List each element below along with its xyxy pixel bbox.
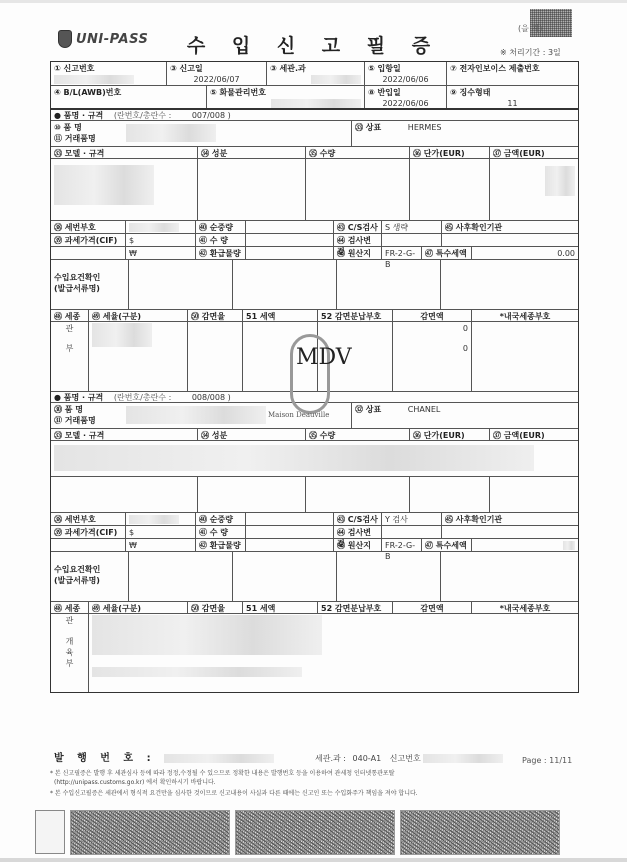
declaration-date-field: ③ 신고일 2022/06/07 bbox=[167, 62, 267, 85]
tax-type-header: ㊽ 세종 bbox=[51, 602, 89, 613]
usd-symbol: $ bbox=[126, 526, 196, 538]
item-section-header: ● 품명 · 규격 (란번호/총란수 : 008/008 ) bbox=[51, 392, 578, 403]
bl-number-field: ④ B/L(AWB)번호 bbox=[51, 86, 207, 108]
barcode-strip bbox=[35, 810, 560, 855]
cargo-number-field: ⑤ 화물관리번호 bbox=[207, 86, 365, 108]
carry-in-date-field: ⑧ 반입일 2022/06/06 bbox=[365, 86, 447, 108]
qty-label: ㊶ 수 량 bbox=[196, 234, 246, 246]
footer-note-link: (http://unipass.customs.go.kr) 에서 확인하시기 … bbox=[54, 777, 216, 786]
reduction-code-header: 52 감면분납부호 bbox=[318, 310, 393, 321]
declaration-form: ① 신고번호 ③ 신고일 2022/06/07 ③ 세관.과 ⑤ 입항일 202… bbox=[50, 61, 579, 693]
brand-field: ㉝ 상표 HERMES bbox=[352, 121, 578, 146]
tax-type-header: ㊽ 세종 bbox=[51, 310, 89, 321]
taxable-price-label: ㊴ 과세가격(CIF) bbox=[51, 234, 126, 246]
collection-type-field: ⑨ 징수형태 11 bbox=[447, 86, 578, 108]
entry-date-field: ⑤ 입항일 2022/06/06 bbox=[365, 62, 447, 85]
origin-label: ㊻ 원산지 bbox=[334, 539, 382, 551]
cs-check-label: ㊸ C/S검사 bbox=[334, 513, 382, 525]
post-check-label: ㊺ 사후확인기관 bbox=[442, 513, 578, 525]
item-name-field: ⑩ 품 명 ⑪ 거래품명 bbox=[51, 121, 352, 146]
tax-rows: 관 개 육 부 bbox=[51, 614, 578, 692]
special-tax-label: ㊼ 특수세액 bbox=[422, 247, 472, 259]
issue-number: 발 행 번 호 : bbox=[54, 749, 274, 764]
quantity-header: ㉟ 수량 bbox=[306, 147, 410, 158]
e-invoice-field: ⑦ 전자인보이스 제출번호 bbox=[447, 62, 578, 85]
refund-qty-label: ㊷ 환급물량 bbox=[196, 539, 246, 551]
tax-amount-header: 51 세액 bbox=[243, 310, 318, 321]
model-header: ㉝ 모델 · 규격 bbox=[51, 147, 198, 158]
unit-price-header: ㊱ 단가(EUR) bbox=[410, 147, 490, 158]
hs-code-label: ㊳ 세번부호 bbox=[51, 221, 126, 233]
cs-check-label: ㊸ C/S검사 bbox=[334, 221, 382, 233]
cs-check-value: Y 검사 bbox=[382, 513, 442, 525]
model-header: ㉝ 모델 · 규격 bbox=[51, 429, 198, 440]
reduction-amount-header: 감면액 bbox=[393, 310, 472, 321]
special-tax-value bbox=[472, 539, 578, 551]
reduction-code-header: 52 감면분납부호 bbox=[318, 602, 393, 613]
brand-field: ㉜ 상표 CHANEL bbox=[352, 403, 578, 428]
check-change-label: ㊹ 검사변경 bbox=[334, 234, 382, 246]
processing-period: ※ 처리기간 : 3일 bbox=[500, 47, 561, 58]
origin-label: ㊻ 원산지 bbox=[334, 247, 382, 259]
amount-header: ㊲ 금액(EUR) bbox=[490, 429, 578, 440]
barcode-stub bbox=[35, 810, 65, 854]
footer-note: * 본 수입신고필증은 세관에서 형식적 요건만을 심사한 것이므로 신고내용이… bbox=[50, 788, 418, 797]
net-weight-label: ㊵ 순중량 bbox=[196, 221, 246, 233]
model-rows bbox=[51, 159, 578, 221]
tax-rate-header: ㊾ 세율(구분) bbox=[89, 310, 188, 321]
component-header: ㉞ 성분 bbox=[198, 147, 306, 158]
post-check-label: ㊺ 사후확인기관 bbox=[442, 221, 578, 233]
unit-price-header: ㊱ 단가(EUR) bbox=[410, 429, 490, 440]
requirement-label: 수입요건확인 (발급서류명) bbox=[51, 552, 129, 601]
model-rows bbox=[51, 441, 578, 477]
check-change-label: ㊹ 검사변경 bbox=[334, 526, 382, 538]
tax-rows: 관 부 0 0 bbox=[51, 322, 578, 392]
2d-barcode bbox=[235, 810, 395, 855]
taxable-price-label: ㊴ 과세가격(CIF) bbox=[51, 526, 126, 538]
item-section-header: ● 품명 · 규격 (란번호/총란수 : 007/008 ) bbox=[51, 110, 578, 121]
declaration-number-field: ① 신고번호 bbox=[51, 62, 167, 85]
2d-barcode bbox=[400, 810, 560, 855]
tax-amount-header: 51 세액 bbox=[243, 602, 318, 613]
net-weight-label: ㊵ 순중량 bbox=[196, 513, 246, 525]
page-number: Page : 11/11 bbox=[522, 756, 572, 765]
component-header: ㉞ 성분 bbox=[198, 429, 306, 440]
origin-value: FR-2-G-B bbox=[382, 539, 422, 551]
quantity-header: ㉟ 수량 bbox=[306, 429, 410, 440]
special-tax-label: ㊼ 특수세액 bbox=[422, 539, 472, 551]
refund-qty-label: ㊷ 환급물량 bbox=[196, 247, 246, 259]
reduction-rate-header: ㊿ 감면율 bbox=[188, 602, 243, 613]
requirement-label: 수입요건확인 (발급서류명) bbox=[51, 260, 129, 309]
usd-symbol: $ bbox=[126, 234, 196, 246]
watermark-caption: Maison Deauville bbox=[268, 411, 329, 419]
tax-rate-header: ㊾ 세율(구분) bbox=[89, 602, 188, 613]
cs-check-value: S 생략 bbox=[382, 221, 442, 233]
customs-office-field: ③ 세관.과 bbox=[267, 62, 365, 85]
reduction-amount-header: 감면액 bbox=[393, 602, 472, 613]
footer-note: * 본 신고필증은 발행 후 세관심사 등에 따라 정정,수정될 수 있으므로 … bbox=[50, 768, 395, 777]
import-declaration-certificate: UNI-PASS 수 입 신 고 필 증 (을 지) ※ 처리기간 : 3일 ①… bbox=[0, 0, 627, 862]
krw-symbol: ₩ bbox=[126, 539, 196, 551]
domestic-tax-header: *내국세종부호 bbox=[472, 310, 578, 321]
footer-customs-info: 세관.과 : 040-A1 신고번호 bbox=[315, 753, 503, 764]
2d-barcode bbox=[70, 810, 230, 855]
form-number: (을 지) bbox=[518, 23, 542, 34]
reduction-rate-header: ㊿ 감면율 bbox=[188, 310, 243, 321]
qty-label: ㊶ 수 량 bbox=[196, 526, 246, 538]
domestic-tax-header: *내국세종부호 bbox=[472, 602, 578, 613]
amount-header: ㊲ 금액(EUR) bbox=[490, 147, 578, 158]
origin-value: FR-2-G-B bbox=[382, 247, 422, 259]
special-tax-value: 0.00 bbox=[472, 247, 578, 259]
krw-symbol: ₩ bbox=[126, 247, 196, 259]
hs-code-label: ㊳ 세번부호 bbox=[51, 513, 126, 525]
